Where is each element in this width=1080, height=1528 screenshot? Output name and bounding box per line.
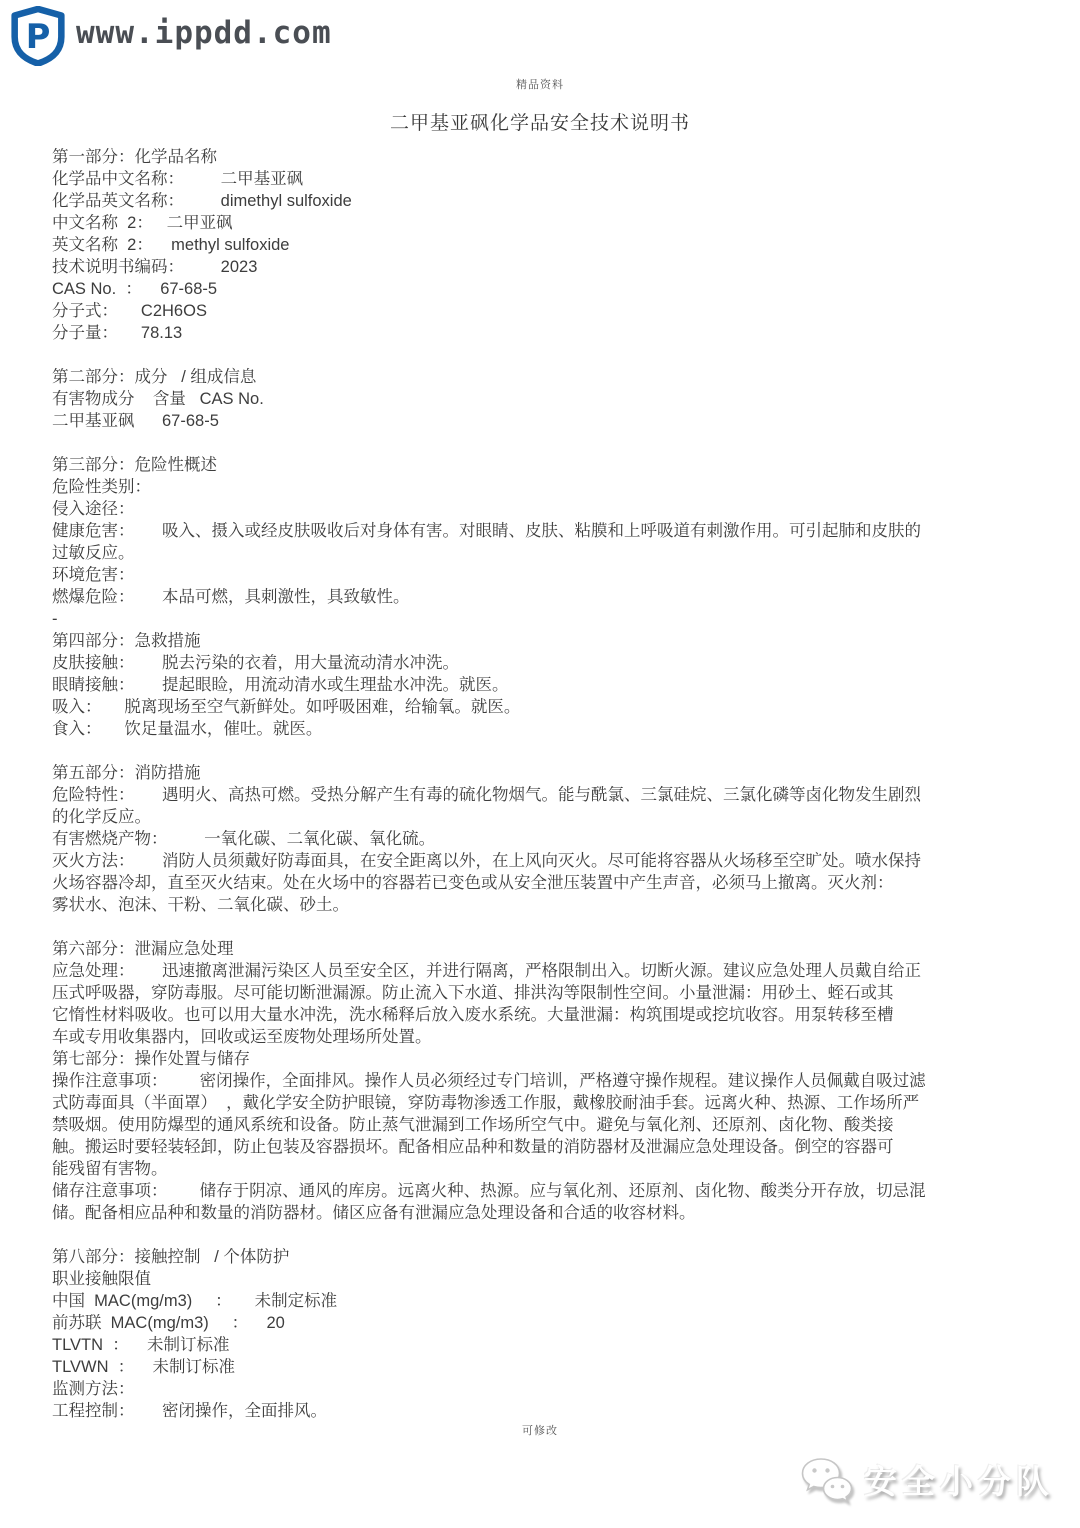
section-1-chemical-name: 第一部分：化学品名称化学品中文名称： 二甲基亚砜化学品英文名称： dimethy…	[52, 146, 957, 344]
section-heading: 第三部分：危险性概述	[52, 454, 957, 476]
site-header: P www.ippdd.com	[10, 6, 332, 66]
section-heading: 第一部分：化学品名称	[52, 146, 957, 168]
text-line: 眼睛接触： 提起眼睑，用流动清水或生理盐水冲洗。就医。	[52, 674, 957, 696]
text-line: 监测方法：	[52, 1378, 957, 1400]
section-heading: 第二部分：成分 / 组成信息	[52, 366, 957, 388]
text-line: 分子量： 78.13	[52, 322, 957, 344]
section-5-fire-fighting: 第五部分：消防措施危险特性： 遇明火、高热可燃。受热分解产生有毒的硫化物烟气。能…	[52, 762, 957, 916]
svg-text:P: P	[26, 17, 51, 56]
text-line: 有害物成分 含量 CAS No.	[52, 388, 957, 410]
text-line: 压式呼吸器，穿防毒服。尽可能切断泄漏源。防止流入下水道、排洪沟等限制性空间。小量…	[52, 982, 957, 1004]
section-8-exposure-control: 第八部分：接触控制 / 个体防护职业接触限值中国 MAC(mg/m3) ： 未制…	[52, 1246, 957, 1422]
section-4-first-aid: 第四部分：急救措施皮肤接触： 脱去污染的衣着，用大量流动清水冲洗。眼睛接触： 提…	[52, 630, 957, 740]
bottom-note: 可修改	[0, 1422, 1080, 1438]
text-line: 职业接触限值	[52, 1268, 957, 1290]
text-line: 英文名称 2： methyl sulfoxide	[52, 234, 957, 256]
wechat-watermark: 安全小分队	[800, 1456, 1054, 1503]
text-line: 中文名称 2： 二甲亚砜	[52, 212, 957, 234]
text-line: 化学品英文名称： dimethyl sulfoxide	[52, 190, 957, 212]
text-line: 环境危害：	[52, 564, 957, 586]
text-line: 工程控制： 密闭操作，全面排风。	[52, 1400, 957, 1422]
text-line: 皮肤接触： 脱去污染的衣着，用大量流动清水冲洗。	[52, 652, 957, 674]
text-line: 技术说明书编码： 2023	[52, 256, 957, 278]
text-line: 前苏联 MAC(mg/m3) ： 20	[52, 1312, 957, 1334]
document-title: 二甲基亚砜化学品安全技术说明书	[0, 108, 1080, 135]
brand-url: www.ippdd.com	[76, 15, 332, 57]
document-sections: 第一部分：化学品名称化学品中文名称： 二甲基亚砜化学品英文名称： dimethy…	[52, 146, 957, 1422]
brand-shield-icon: P	[10, 6, 66, 66]
top-note: 精品资料	[0, 76, 1080, 92]
wechat-icon	[800, 1457, 854, 1503]
text-line: 危险特性： 遇明火、高热可燃。受热分解产生有毒的硫化物烟气。能与酰氯、三氯硅烷、…	[52, 784, 957, 806]
text-line: 中国 MAC(mg/m3) ： 未制定标准	[52, 1290, 957, 1312]
section-3-hazard-overview: 第三部分：危险性概述危险性类别：侵入途径：健康危害： 吸入、摄入或经皮肤吸收后对…	[52, 454, 957, 630]
text-line: 食入： 饮足量温水，催吐。就医。	[52, 718, 957, 740]
text-line: 化学品中文名称： 二甲基亚砜	[52, 168, 957, 190]
text-line: 操作注意事项： 密闭操作，全面排风。操作人员必须经过专门培训，严格遵守操作规程。…	[52, 1070, 957, 1092]
text-line: CAS No. ： 67-68-5	[52, 278, 957, 300]
text-line: 式防毒面具（半面罩） ，戴化学安全防护眼镜，穿防毒物渗透工作服，戴橡胶耐油手套。…	[52, 1092, 957, 1114]
text-line: 健康危害： 吸入、摄入或经皮肤吸收后对身体有害。对眼睛、皮肤、粘膜和上呼吸道有刺…	[52, 520, 957, 542]
section-heading: 第六部分：泄漏应急处理	[52, 938, 957, 960]
text-line: 燃爆危险： 本品可燃，具刺激性，具致敏性。	[52, 586, 957, 608]
text-line: 二甲基亚砜 67-68-5	[52, 410, 957, 432]
text-line: 应急处理： 迅速撤离泄漏污染区人员至安全区，并进行隔离，严格限制出入。切断火源。…	[52, 960, 957, 982]
text-line: 储存注意事项： 储存于阴凉、通风的库房。远离火种、热源。应与氧化剂、还原剂、卤化…	[52, 1180, 957, 1202]
text-line: 触。搬运时要轻装轻卸，防止包装及容器损坏。配备相应品种和数量的消防器材及泄漏应急…	[52, 1136, 957, 1158]
text-line: 危险性类别：	[52, 476, 957, 498]
section-7-handling-storage: 第七部分：操作处置与储存操作注意事项： 密闭操作，全面排风。操作人员必须经过专门…	[52, 1048, 957, 1224]
text-line: 车或专用收集器内，回收或运至废物处理场所处置。	[52, 1026, 957, 1048]
section-heading: 第五部分：消防措施	[52, 762, 957, 784]
text-line: 分子式： C2H6OS	[52, 300, 957, 322]
text-line: TLVWN ： 未制订标准	[52, 1356, 957, 1378]
section-heading: 第八部分：接触控制 / 个体防护	[52, 1246, 957, 1268]
section-2-composition: 第二部分：成分 / 组成信息有害物成分 含量 CAS No.二甲基亚砜 67-6…	[52, 366, 957, 432]
text-line: 吸入： 脱离现场至空气新鲜处。如呼吸困难，给输氧。就医。	[52, 696, 957, 718]
text-line: 侵入途径：	[52, 498, 957, 520]
section-heading: 第四部分：急救措施	[52, 630, 957, 652]
text-line: -	[52, 608, 957, 630]
text-line: 火场容器冷却，直至灭火结束。处在火场中的容器若已变色或从安全泄压装置中产生声音，…	[52, 872, 957, 894]
watermark-text: 安全小分队	[864, 1456, 1054, 1503]
text-line: 过敏反应。	[52, 542, 957, 564]
text-line: 雾状水、泡沫、干粉、二氧化碳、砂土。	[52, 894, 957, 916]
text-line: 储。配备相应品种和数量的消防器材。储区应备有泄漏应急处理设备和合适的收容材料。	[52, 1202, 957, 1224]
text-line: 禁吸烟。使用防爆型的通风系统和设备。防止蒸气泄漏到工作场所空气中。避免与氧化剂、…	[52, 1114, 957, 1136]
section-6-leakage: 第六部分：泄漏应急处理应急处理： 迅速撤离泄漏污染区人员至安全区，并进行隔离，严…	[52, 938, 957, 1048]
text-line: TLVTN ： 未制订标准	[52, 1334, 957, 1356]
text-line: 能残留有害物。	[52, 1158, 957, 1180]
text-line: 它惰性材料吸收。也可以用大量水冲洗，洗水稀释后放入废水系统。大量泄漏：构筑围堤或…	[52, 1004, 957, 1026]
msds-page: P www.ippdd.com 精品资料 二甲基亚砜化学品安全技术说明书 第一部…	[0, 0, 1080, 1528]
section-heading: 第七部分：操作处置与储存	[52, 1048, 957, 1070]
text-line: 有害燃烧产物： 一氧化碳、二氧化碳、氧化硫。	[52, 828, 957, 850]
text-line: 的化学反应。	[52, 806, 957, 828]
text-line: 灭火方法： 消防人员须戴好防毒面具，在安全距离以外，在上风向灭火。尽可能将容器从…	[52, 850, 957, 872]
